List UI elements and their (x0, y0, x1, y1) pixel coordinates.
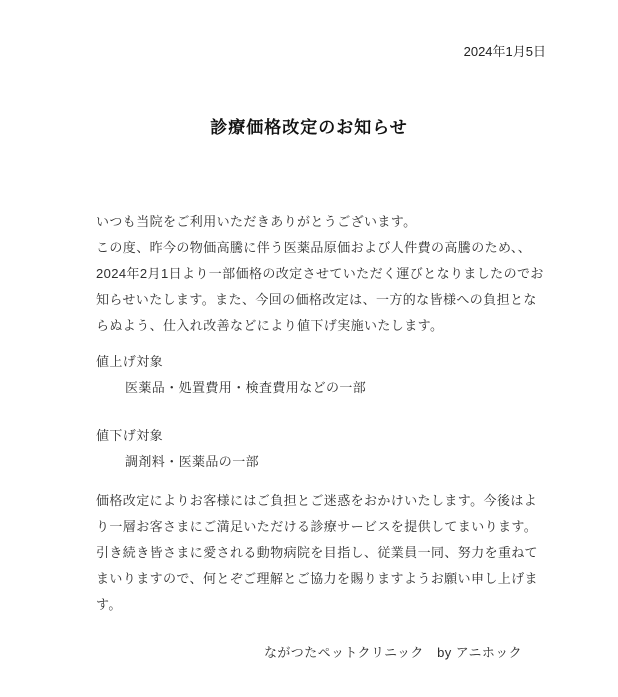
document-title: 診療価格改定のお知らせ (0, 115, 618, 141)
clinic-signature: ながつたペットクリニック by アニホック (0, 640, 618, 666)
price-decrease-item: 調剤料・医薬品の一部 (96, 449, 530, 475)
text-line: 知らせいたします。また、今回の価格改定は、一方的な皆様への負担とな (96, 287, 530, 313)
text-line: いつも当院をご利用いただきありがとうございます。 (96, 209, 530, 235)
text-line: まいりますので、何とぞご理解とご協力を賜りますようお願い申し上げま (96, 566, 530, 592)
text-line: この度、昨今の物価高騰に伴う医薬品原価および人件費の高騰のため、、 (96, 235, 530, 261)
price-increase-heading: 値上げ対象 (96, 349, 530, 375)
document-date: 2024年1月5日 (0, 0, 618, 60)
price-decrease-heading: 値下げ対象 (96, 423, 530, 449)
text-line: り一層お客さまにご満足いただける診療サービスを提供してまいります。 (96, 514, 530, 540)
text-line: す。 (96, 592, 530, 618)
intro-paragraph: いつも当院をご利用いただきありがとうございます。この度、昨今の物価高騰に伴う医薬… (96, 209, 530, 339)
closing-paragraph: 価格改定によりお客様にはご負担とご迷惑をおかけいたします。今後はより一層お客さま… (96, 488, 530, 618)
price-increase-item: 医薬品・処置費用・検査費用などの一部 (96, 375, 530, 401)
text-line: 2024年2月1日より一部価格の改定させていただく運びとなりましたのでお (96, 261, 530, 287)
text-line: らぬよう、仕入れ改善などにより値下げ実施いたします。 (96, 313, 530, 339)
text-line: 価格改定によりお客様にはご負担とご迷惑をおかけいたします。今後はよ (96, 488, 530, 514)
notice-document: 2024年1月5日 診療価格改定のお知らせ いつも当院をご利用いただきありがとう… (0, 0, 618, 697)
text-line: 引き続き皆さまに愛される動物病院を目指し、従業員一同、努力を重ねて (96, 540, 530, 566)
